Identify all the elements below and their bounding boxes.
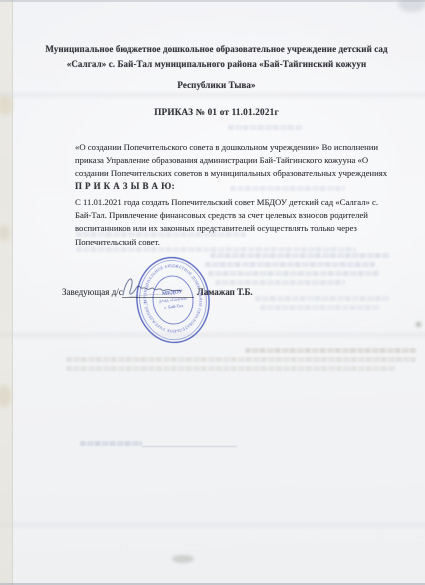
document-header: Муниципальное бюджетное дошкольное образ… bbox=[20, 42, 413, 93]
scan-smudge bbox=[416, 322, 421, 327]
bleed-through-text-line bbox=[66, 366, 396, 371]
bleed-through-text-line bbox=[228, 125, 303, 130]
order-body-paragraph: С 11.01.2021 года создать Попечительский… bbox=[75, 196, 392, 249]
bleed-through-text-line bbox=[210, 253, 390, 258]
bleed-through-text-line bbox=[66, 357, 416, 362]
paper-blotch bbox=[398, 0, 425, 12]
bleed-through-text-line bbox=[205, 262, 375, 267]
bleed-through-text-line bbox=[215, 280, 345, 285]
header-line: «Салгал» с. Бай-Тал муниципального район… bbox=[20, 57, 413, 72]
scan-top-edge bbox=[0, 0, 425, 2]
scanned-order-document: Муниципальное бюджетное дошкольное образ… bbox=[0, 0, 425, 585]
signature-role-label: Заведующая д/с bbox=[62, 287, 123, 297]
header-line: Муниципальное бюджетное дошкольное образ… bbox=[20, 42, 413, 57]
header-line: Республики Тыва» bbox=[20, 78, 413, 93]
bleed-through-text-line bbox=[255, 296, 390, 301]
stamp-center-line: с. Бай-Тал bbox=[164, 303, 184, 310]
scan-smudge bbox=[172, 555, 194, 563]
bleed-through-text-line bbox=[260, 305, 380, 310]
official-round-stamp: МУНИЦИПАЛЬНОЕ БЮДЖЕТНОЕ ДОШКОЛЬНОЕ ОБРАЗ… bbox=[128, 250, 217, 350]
bleed-through-signature-line bbox=[80, 441, 142, 446]
order-title: ПРИКАЗ № 01 от 11.01.2021г bbox=[20, 107, 413, 117]
bleed-through-text-line bbox=[245, 348, 417, 353]
paper-crease bbox=[0, 520, 425, 530]
decree-keyword: П Р И К А З Ы В А Ю: bbox=[75, 181, 175, 191]
bleed-through-underline bbox=[142, 446, 237, 447]
scan-left-edge-strip bbox=[0, 0, 13, 585]
bleed-through-text-line bbox=[230, 186, 345, 191]
order-intro-paragraph: «О создании Попечительского совета в дош… bbox=[75, 141, 392, 181]
bleed-through-text-line bbox=[208, 271, 380, 276]
